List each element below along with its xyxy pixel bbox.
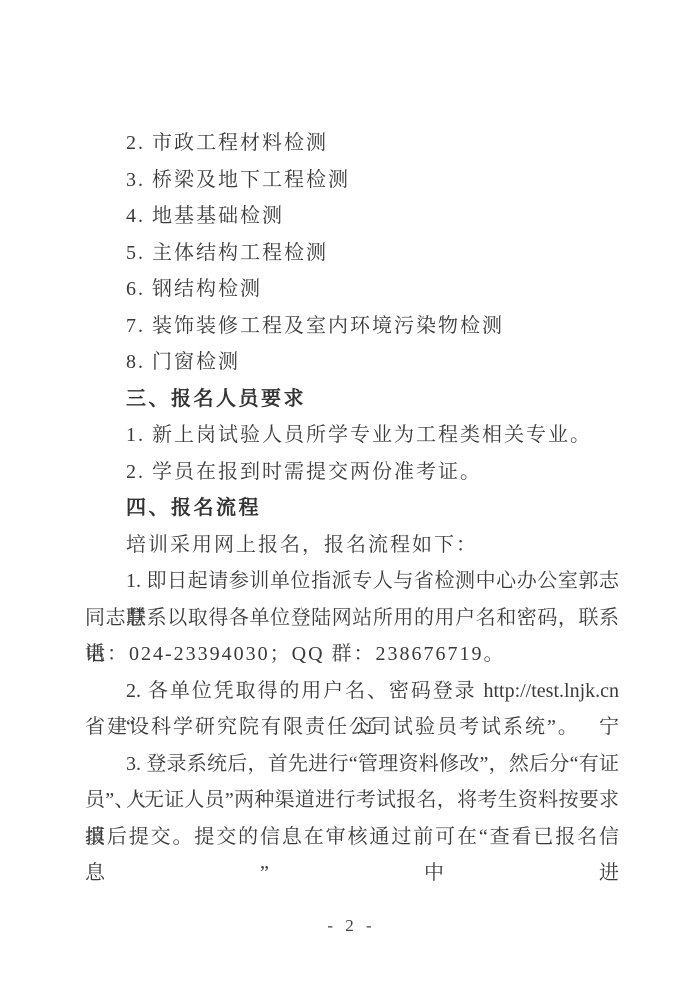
paragraph-line: 同志联系以取得各单位登陆网站所用的用户名和密码，联系电: [85, 600, 619, 637]
paragraph-line: 报后提交。提交的信息在审核通过前可在“查看已报名信息”中进: [85, 819, 619, 856]
paragraph-line: 3. 登录系统后，首先进行“管理资料修改”，然后分“有证人: [85, 746, 619, 783]
paragraph-line: 员”、“无证人员”两种渠道进行考试报名，将考生资料按要求填: [85, 782, 619, 819]
list-item: 6. 钢结构检测: [85, 271, 619, 308]
list-item: 1. 新上岗试验人员所学专业为工程类相关专业。: [85, 417, 619, 454]
paragraph-line: 省建设科学研究院有限责任公司试验员考试系统”。: [85, 709, 619, 746]
list-item: 2. 学员在报到时需提交两份准考证。: [85, 454, 619, 491]
list-item: 5. 主体结构工程检测: [85, 235, 619, 272]
list-item: 2. 市政工程材料检测: [85, 125, 619, 162]
page-number: - 2 -: [0, 916, 700, 936]
paragraph-line: 1. 即日起请参训单位指派专人与省检测中心办公室郭志慧: [85, 563, 619, 600]
text-block: 2. 市政工程材料检测 3. 桥梁及地下工程检测 4. 地基基础检测 5. 主体…: [85, 125, 619, 855]
list-item: 7. 装饰装修工程及室内环境污染物检测: [85, 308, 619, 345]
document-page: 2. 市政工程材料检测 3. 桥梁及地下工程检测 4. 地基基础检测 5. 主体…: [0, 0, 700, 990]
paragraph-line: 2. 各单位凭取得的用户名、密码登录 http://test.lnjk.cn “…: [85, 673, 619, 710]
section-heading: 四、报名流程: [85, 490, 619, 527]
paragraph-line: 培训采用网上报名，报名流程如下：: [85, 527, 619, 564]
paragraph-line: 话：024-23394030；QQ 群：238676719。: [85, 636, 619, 673]
list-item: 8. 门窗检测: [85, 344, 619, 381]
section-heading: 三、报名人员要求: [85, 381, 619, 418]
list-item: 4. 地基基础检测: [85, 198, 619, 235]
list-item: 3. 桥梁及地下工程检测: [85, 162, 619, 199]
